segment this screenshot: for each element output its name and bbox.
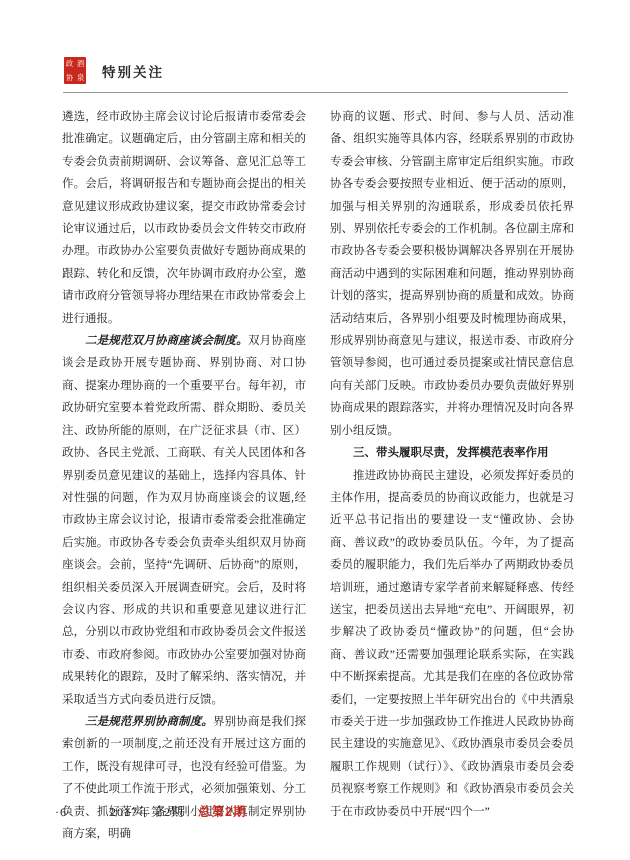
page-footer: ·6· 2017年第2期 总第2期 <box>55 802 575 820</box>
seal-character: 泉 <box>75 71 85 83</box>
seal-character: 酒 <box>75 58 85 70</box>
paragraph: 遴选，经市政协主席会议讨论后报请市委常委会批准确定。议题确定后，由分管副主席和相… <box>62 106 306 330</box>
paragraph: 推进政协协商民主建设，必须发挥好委员的主体作用，提高委员的协商议政能力，也就是习… <box>330 465 574 824</box>
issue-total-badge: 总第2期 <box>198 802 246 820</box>
header-rule-divider <box>63 92 568 93</box>
article-body: 遴选，经市政协主席会议讨论后报请市委常委会批准确定。议题确定后，由分管副主席和相… <box>62 106 574 845</box>
page-number: ·6· <box>55 805 72 820</box>
seal-character: 协 <box>64 71 74 83</box>
page-header: 政 酒 协 泉 特别关注 <box>64 57 575 84</box>
section-heading: 三、带头履职尽责，发挥模范表率作用 <box>330 442 574 464</box>
paragraph: 二是规范双月协商座谈会制度。双月协商座谈会是政协开展专题协商、界别协商、对口协商… <box>62 330 306 711</box>
seal-character: 政 <box>64 58 74 70</box>
magazine-page: 政 酒 协 泉 特别关注 遴选，经市政协主席会议讨论后报请市委常委会批准确定。议… <box>0 0 630 860</box>
paragraph: 协商的议题、形式、时间、参与人员、活动准备、组织实施等具体内容，经联系界别的市政… <box>330 106 574 442</box>
issue-label: 2017年第2期 <box>110 803 184 820</box>
text-column: 协商的议题、形式、时间、参与人员、活动准备、组织实施等具体内容，经联系界别的市政… <box>330 106 574 845</box>
paragraph-lead: 三是规范界别协商制度。 <box>85 716 213 728</box>
paragraph-lead: 二是规范双月协商座谈会制度。 <box>85 335 248 347</box>
section-title: 特别关注 <box>102 61 164 81</box>
paragraph: 三是规范界别协商制度。界别协商是我们探索创新的一项制度,之前还没有开展过这方面的… <box>62 711 306 845</box>
text-column: 遴选，经市政协主席会议讨论后报请市委常委会批准确定。议题确定后，由分管副主席和相… <box>62 106 306 845</box>
journal-seal-icon: 政 酒 协 泉 <box>64 57 86 84</box>
